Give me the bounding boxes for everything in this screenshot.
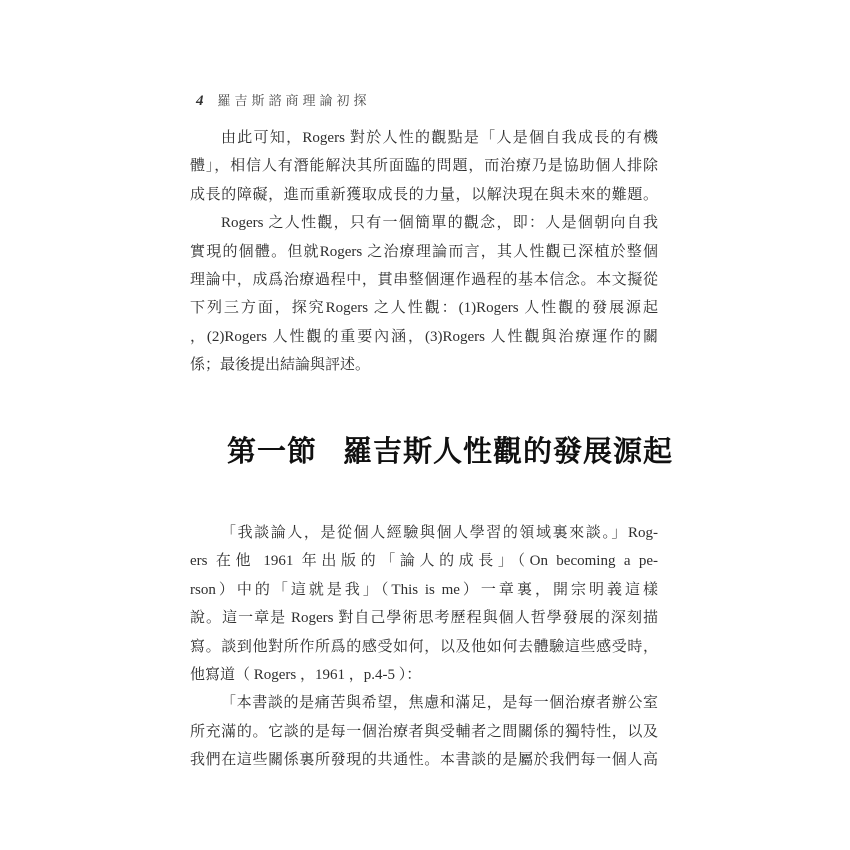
text-line: 下列三方面，探究Rogers 之人性觀：(1)Rogers 人性觀的發展源起 xyxy=(190,294,658,322)
text-line: 「本書談的是痛苦與希望，焦慮和滿足，是每一個治療者辦公室 xyxy=(190,689,658,717)
text-line: 係；最後提出結論與評述。 xyxy=(190,351,658,379)
running-title: 羅吉斯諮商理論初探 xyxy=(218,90,371,109)
text-line: ，(2)Rogers 人性觀的重要內涵，(3)Rogers 人性觀與治療運作的關 xyxy=(190,323,658,351)
text-line: 我們在這些關係裏所發現的共通性。本書談的是屬於我們每一個人高 xyxy=(190,746,658,774)
text-line: Rogers 之人性觀，只有一個簡單的觀念，即：人是個朝向自我 xyxy=(190,209,658,237)
text-line: 所充滿的。它談的是每一個治療者與受輔者之間關係的獨特性，以及 xyxy=(190,718,658,746)
text-line: 說。這一章是 Rogers 對自己學術思考歷程與個人哲學發展的深刻描 xyxy=(190,604,658,632)
text-line: ers 在他 1961 年出版的「論人的成長」（On becoming a pe… xyxy=(190,547,658,575)
body-text-lower: 「我談論人，是從個人經驗與個人學習的領域裏來談。」Rog- ers 在他 196… xyxy=(190,519,658,775)
text-line: 「我談論人，是從個人經驗與個人學習的領域裏來談。」Rog- xyxy=(190,519,658,547)
text-line: 成長的障礙，進而重新獲取成長的力量，以解決現在與未來的難題。 xyxy=(190,181,658,209)
text-line: 理論中，成爲治療過程中，貫串整個運作過程的基本信念。本文擬從 xyxy=(190,266,658,294)
text-line: 他寫道（ Rogers ，1961 ，p.4-5 ）： xyxy=(190,661,658,689)
section-number: 第一節 xyxy=(227,429,317,470)
text-line: rson）中的「這就是我」（This is me）一章裏，開宗明義這樣 xyxy=(190,576,658,604)
body-text-upper: 由此可知，Rogers 對於人性的觀點是「人是個自我成長的有機 體」，相信人有潛… xyxy=(190,124,658,380)
text-line: 寫。談到他對所作所爲的感受如何，以及他如何去體驗這些感受時， xyxy=(190,633,658,661)
book-page-scan: 4 羅吉斯諮商理論初探 由此可知，Rogers 對於人性的觀點是「人是個自我成長… xyxy=(0,0,850,850)
section-heading: 第一節 羅吉斯人性觀的發展源起 xyxy=(227,429,673,470)
text-line: 實現的個體。但就Rogers 之治療理論而言，其人性觀已深植於整個 xyxy=(190,238,658,266)
running-header: 4 羅吉斯諮商理論初探 xyxy=(196,90,371,110)
section-title: 羅吉斯人性觀的發展源起 xyxy=(343,429,673,470)
text-line: 由此可知，Rogers 對於人性的觀點是「人是個自我成長的有機 xyxy=(190,124,658,152)
text-line: 體」，相信人有潛能解決其所面臨的問題，而治療乃是協助個人排除 xyxy=(190,152,658,180)
page-number: 4 xyxy=(196,93,204,110)
